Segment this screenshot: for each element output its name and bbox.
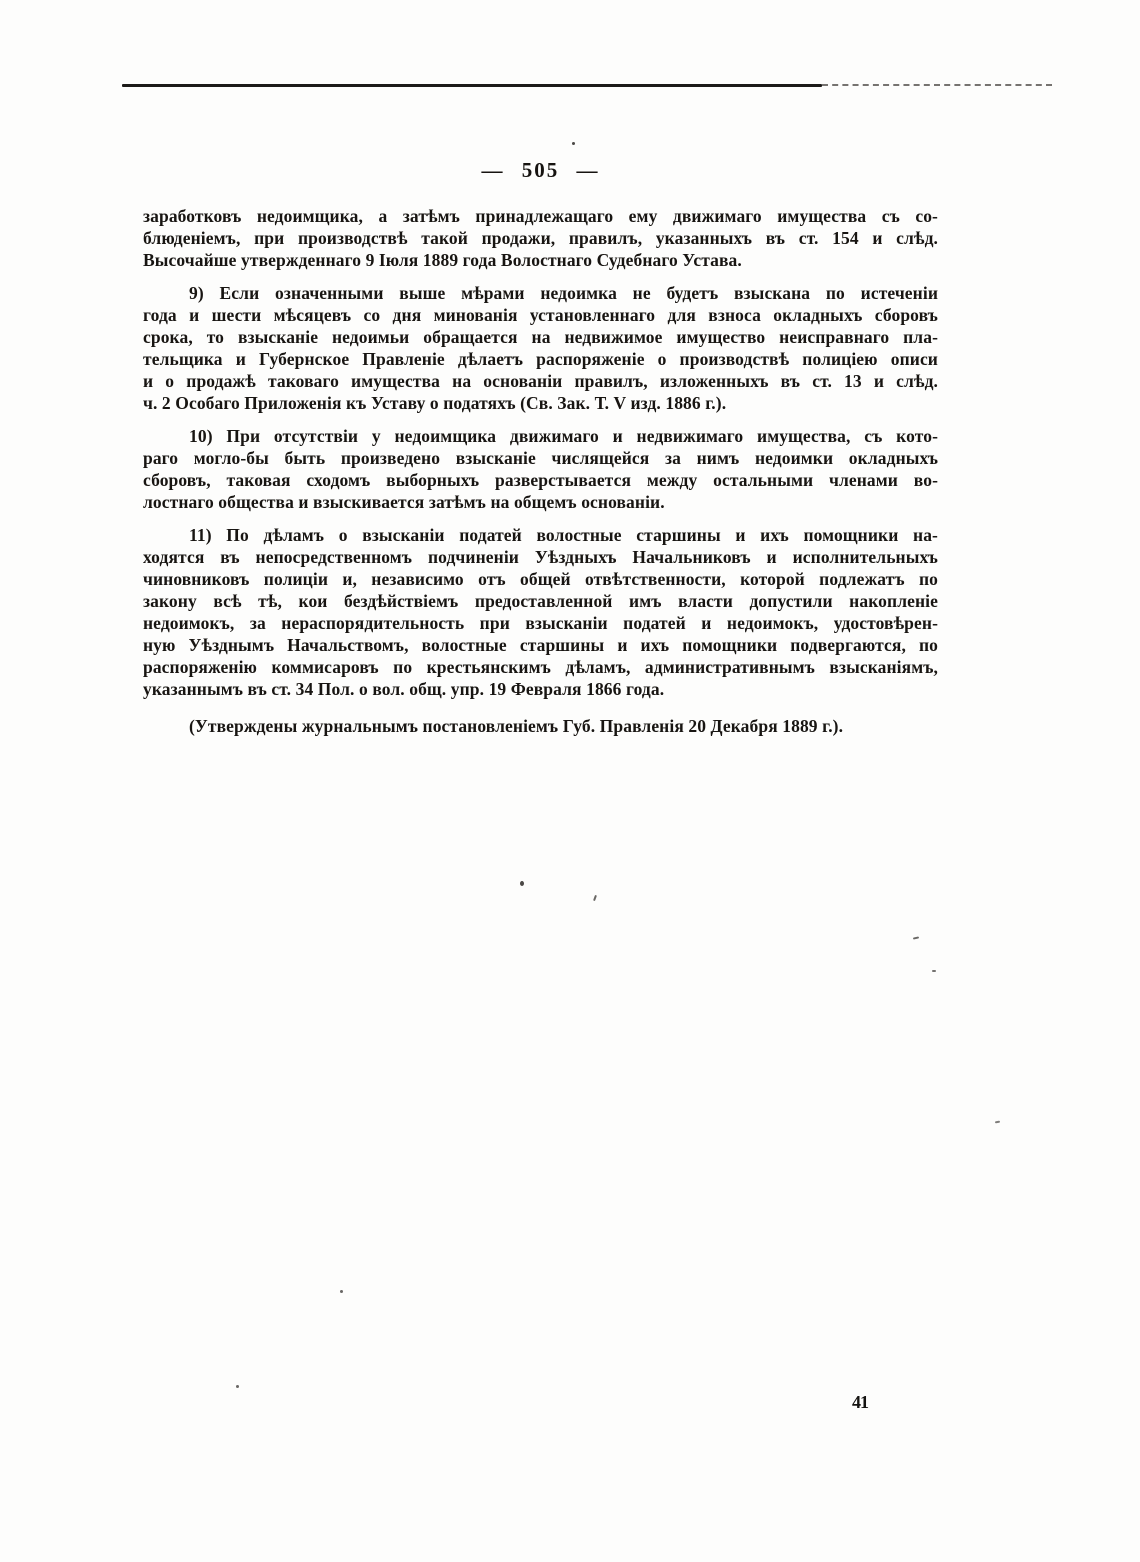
paragraph-approval-note: (Утверждены журнальнымъ постановленіемъ … [143,715,938,737]
scan-speck [236,1385,239,1388]
top-rule-line [122,84,822,87]
text-line: недоимокъ, за нераспорядительность при в… [143,612,938,634]
text-line: лостнаго общества и взыскивается затѣмъ … [143,491,938,513]
scanned-document-page: — 505 — заработковъ недоимщика, а затѣмъ… [0,0,1140,1562]
paragraph-item-11: 11) По дѣламъ о взысканіи податей волост… [143,524,938,700]
page-number: — 505 — [143,158,938,183]
text-line: заработковъ недоимщика, а затѣмъ принадл… [143,205,938,227]
paragraph-continuation: заработковъ недоимщика, а затѣмъ принадл… [143,205,938,271]
text-line: раго могло-бы быть произведено взысканіе… [143,447,938,469]
text-line: ходятся въ непосредственномъ подчиненіи … [143,546,938,568]
text-line: Высочайше утвержденнаго 9 Іюля 1889 года… [143,249,938,271]
text-line: тельщика и Губернское Правленіе дѣлаетъ … [143,348,938,370]
text-line: 9) Если означенными выше мѣрами недоимка… [143,282,938,304]
scan-speck [520,881,524,886]
sheet-signature-number: 41 [852,1392,868,1413]
paragraph-item-9: 9) Если означенными выше мѣрами недоимка… [143,282,938,414]
text-line: блюденіемъ, при производствѣ такой прода… [143,227,938,249]
text-line: закону всѣ тѣ, кои бездѣйствіемъ предост… [143,590,938,612]
text-line: ч. 2 Особаго Приложенія къ Уставу о пода… [143,392,938,414]
scan-speck [932,970,936,972]
scan-speck [340,1290,343,1293]
text-line: срока, то взысканіе недоимьи обращается … [143,326,938,348]
text-line: ную Уѣзднымъ Начальствомъ, волостные ста… [143,634,938,656]
text-line: и о продажѣ таковаго имущества на основа… [143,370,938,392]
document-text-block: заработковъ недоимщика, а затѣмъ принадл… [143,205,938,748]
paragraph-item-10: 10) При отсутствіи у недоимщика движимаг… [143,425,938,513]
text-line: указаннымъ въ ст. 34 Пол. о вол. общ. уп… [143,678,938,700]
text-line: 11) По дѣламъ о взысканіи податей волост… [143,524,938,546]
text-line: 10) При отсутствіи у недоимщика движимаг… [143,425,938,447]
text-line: чиновниковъ полиціи и, независимо отъ об… [143,568,938,590]
text-line: сборовъ, таковая сходомъ выборныхъ разве… [143,469,938,491]
text-line: года и шести мѣсяцевъ со дня минованія у… [143,304,938,326]
scan-speck [572,142,575,145]
scan-speck [913,936,919,939]
text-line: (Утверждены журнальнымъ постановленіемъ … [143,715,938,737]
scan-speck [995,1121,1000,1124]
text-line: распоряженію коммисаровъ по крестьянским… [143,656,938,678]
scan-speck [593,895,597,901]
top-rule-dashed-segment [822,84,1052,86]
